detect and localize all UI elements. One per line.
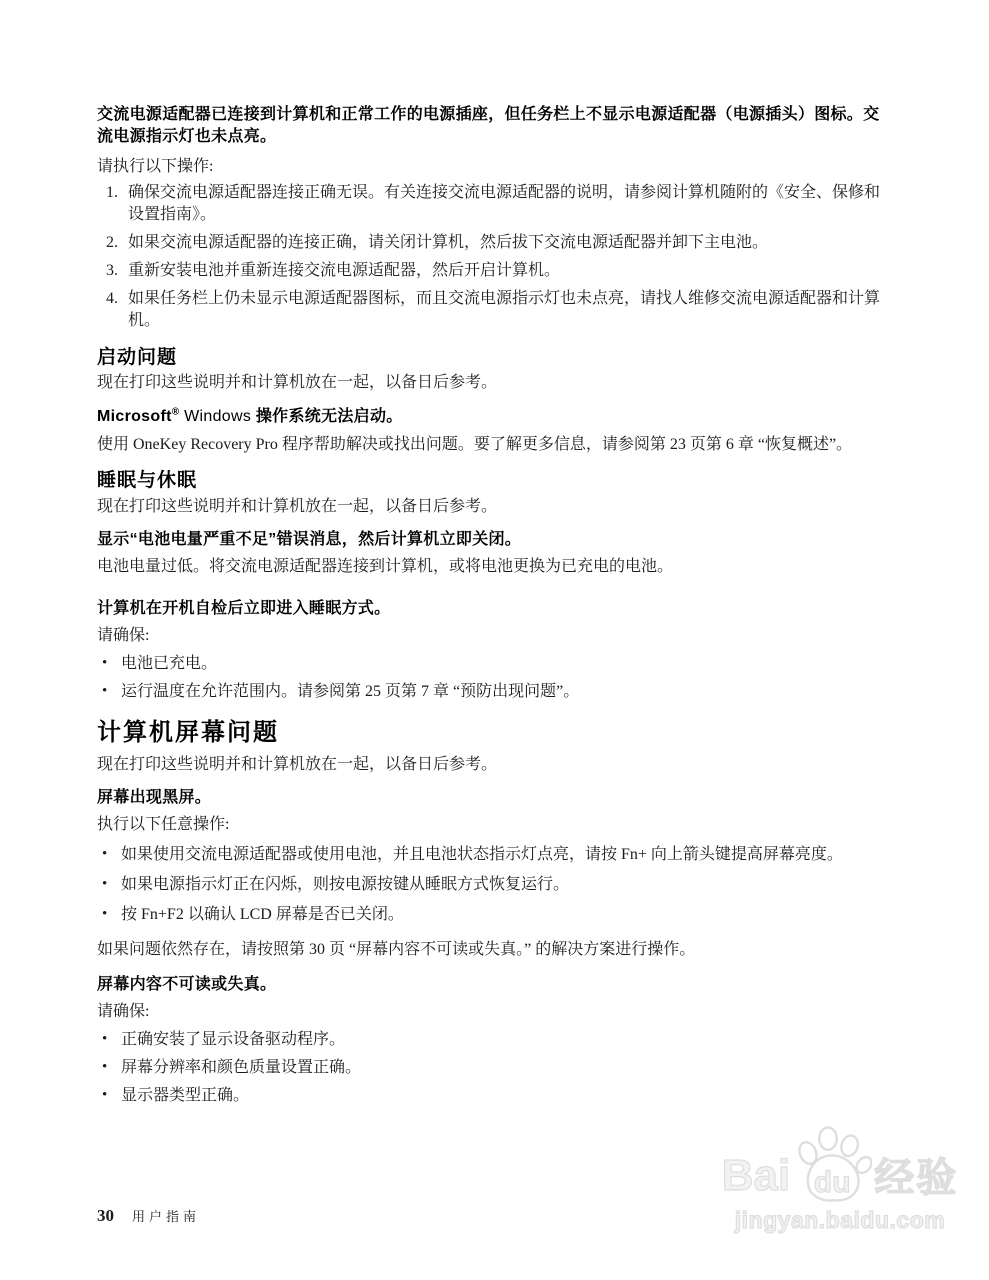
list-item-text: 屏幕分辨率和颜色质量设置正确。 [121,1059,361,1076]
bullet-marker: • [102,1028,107,1050]
bullet-marker: • [102,1056,107,1078]
post-sleep-intro: 请确保: [97,625,883,647]
screen-note: 现在打印这些说明并和计算机放在一起，以备日后参考。 [97,754,883,776]
onekey-recovery-body: 使用 OneKey Recovery Pro 程序帮助解决或找出问题。要了解更多… [97,434,883,456]
step-item: 2. 如果交流电源适配器的连接正确，请关闭计算机，然后拔下交流电源适配器并卸下主… [97,232,883,254]
ac-problem-heading: 交流电源适配器已连接到计算机和正常工作的电源插座，但任务栏上不显示电源适配器（电… [97,104,883,148]
bullet-marker: • [102,652,107,674]
ac-problem-steps: 1. 确保交流电源适配器连接正确无误。有关连接交流电源适配器的说明，请参阅计算机… [97,182,883,332]
microsoft-windows-heading: Microsoft® Windows 操作系统无法启动。 [97,406,883,428]
footer-title: 用户指南 [132,1206,200,1225]
watermark-logo-row: Bai du 经验 [692,1126,988,1204]
bullet-marker: • [102,1084,107,1106]
manual-page: 交流电源适配器已连接到计算机和正常工作的电源插座，但任务栏上不显示电源适配器（电… [0,0,989,1280]
list-item: • 显示器类型正确。 [97,1085,883,1107]
distorted-screen-heading: 屏幕内容不可读或失真。 [97,974,883,996]
baidu-jingyan-watermark: Bai du 经验 jingyan.baidu.com [692,1126,988,1235]
step-number: 2. [106,232,118,254]
blank-screen-bullets: • 如果使用交流电源适配器或使用电池，并且电池状态指示灯点亮，请按 Fn+ 向上… [97,844,883,926]
step-text: 如果交流电源适配器的连接正确，请关闭计算机，然后拔下交流电源适配器并卸下主电池。 [128,234,768,251]
watermark-du-text: du [814,1168,851,1198]
page-content: 交流电源适配器已连接到计算机和正常工作的电源插座，但任务栏上不显示电源适配器（电… [97,104,883,1107]
step-item: 1. 确保交流电源适配器连接正确无误。有关连接交流电源适配器的说明，请参阅计算机… [97,182,883,226]
list-item-text: 如果使用交流电源适配器或使用电池，并且电池状态指示灯点亮，请按 Fn+ 向上箭头… [121,846,843,863]
page-number: 30 [97,1206,114,1226]
post-sleep-heading: 计算机在开机自检后立即进入睡眠方式。 [97,598,883,620]
battery-low-body: 电池电量过低。将交流电源适配器连接到计算机，或将电池更换为已充电的电池。 [97,556,883,578]
startup-section-title: 启动问题 [97,346,883,370]
watermark-bai-text: Bai [722,1154,790,1204]
page-footer: 30 用户指南 [97,1206,200,1226]
ms-brand: Microsoft [97,408,172,425]
step-number: 1. [106,182,118,204]
list-item-text: 如果电源指示灯正在闪烁，则按电源按键从睡眠方式恢复运行。 [121,876,569,893]
step-text: 重新安装电池并重新连接交流电源适配器，然后开启计算机。 [128,262,560,279]
list-item-text: 运行温度在允许范围内。请参阅第 25 页第 7 章 “预防出现问题”。 [121,683,579,700]
sleep-section-title: 睡眠与休眠 [97,469,883,493]
step-item: 4. 如果任务栏上仍未显示电源适配器图标，而且交流电源指示灯也未点亮，请找人维修… [97,288,883,332]
startup-note: 现在打印这些说明并和计算机放在一起，以备日后参考。 [97,372,883,394]
watermark-url: jingyan.baidu.com [692,1207,988,1235]
step-item: 3. 重新安装电池并重新连接交流电源适配器，然后开启计算机。 [97,260,883,282]
list-item-text: 正确安装了显示设备驱动程序。 [121,1031,345,1048]
screen-section-title: 计算机屏幕问题 [97,718,883,748]
ms-heading-cn: 操作系统无法启动。 [256,408,403,425]
list-item: • 如果使用交流电源适配器或使用电池，并且电池状态指示灯点亮，请按 Fn+ 向上… [97,844,883,866]
bullet-marker: • [102,903,107,925]
blank-screen-followup: 如果问题依然存在，请按照第 30 页 “屏幕内容不可读或失真。” 的解决方案进行… [97,939,883,961]
list-item-text: 电池已充电。 [121,655,217,672]
list-item: • 正确安装了显示设备驱动程序。 [97,1029,883,1051]
distorted-screen-bullets: • 正确安装了显示设备驱动程序。 • 屏幕分辨率和颜色质量设置正确。 • 显示器… [97,1029,883,1107]
blank-screen-intro: 执行以下任意操作: [97,814,883,836]
bullet-marker: • [102,680,107,702]
bullet-marker: • [102,843,107,865]
list-item: • 屏幕分辨率和颜色质量设置正确。 [97,1057,883,1079]
list-item-text: 显示器类型正确。 [121,1087,249,1104]
post-sleep-bullets: • 电池已充电。 • 运行温度在允许范围内。请参阅第 25 页第 7 章 “预防… [97,653,883,703]
ms-windows: Windows [179,408,256,425]
ac-problem-intro: 请执行以下操作: [97,156,883,178]
watermark-jingyan-text: 经验 [874,1158,958,1204]
list-item: • 运行温度在允许范围内。请参阅第 25 页第 7 章 “预防出现问题”。 [97,681,883,703]
step-number: 3. [106,260,118,282]
sleep-note: 现在打印这些说明并和计算机放在一起，以备日后参考。 [97,496,883,518]
blank-screen-heading: 屏幕出现黑屏。 [97,787,883,809]
list-item: • 电池已充电。 [97,653,883,675]
list-item: • 按 Fn+F2 以确认 LCD 屏幕是否已关闭。 [97,904,883,926]
step-text: 确保交流电源适配器连接正确无误。有关连接交流电源适配器的说明，请参阅计算机随附的… [128,184,880,223]
bullet-marker: • [102,873,107,895]
paw-icon: du [792,1126,872,1204]
step-text: 如果任务栏上仍未显示电源适配器图标，而且交流电源指示灯也未点亮，请找人维修交流电… [128,290,880,329]
distorted-screen-intro: 请确保: [97,1001,883,1023]
battery-low-heading: 显示“电池电量严重不足”错误消息，然后计算机立即关闭。 [97,529,883,551]
step-number: 4. [106,288,118,310]
list-item: • 如果电源指示灯正在闪烁，则按电源按键从睡眠方式恢复运行。 [97,874,883,896]
list-item-text: 按 Fn+F2 以确认 LCD 屏幕是否已关闭。 [121,906,404,923]
